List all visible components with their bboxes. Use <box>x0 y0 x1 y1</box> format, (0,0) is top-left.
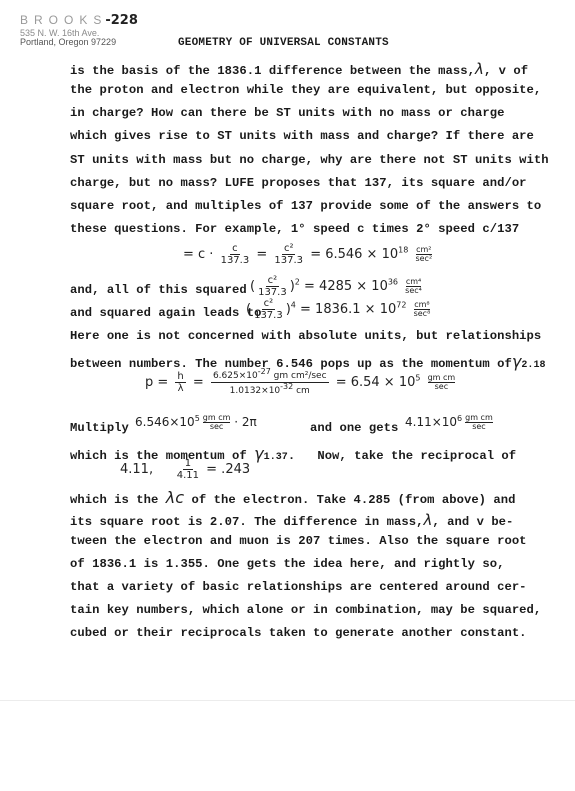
text-line: these questions. For example, 1° speed c… <box>70 222 519 236</box>
equation-squared-again: (c²137.3)4 = 1836.1 × 1072 cm⁸sec⁸ <box>246 298 430 321</box>
stamp-city: Portland, Oregon 97229 <box>20 38 138 47</box>
stamp-name: BROOKS <box>20 13 107 27</box>
gamma-symbol: γ <box>254 444 264 463</box>
text-line: square root, and multiples of 137 provid… <box>70 199 541 213</box>
letterhead-stamp: BROOKS-228 535 N. W. 16th Ave. Portland,… <box>20 12 138 48</box>
text-line: its square root is 2.07. The difference … <box>70 511 513 529</box>
text-line: which gives rise to ST units with mass a… <box>70 129 534 143</box>
lambda-symbol: λ <box>475 60 484 78</box>
text-line-squared-again: and squared again leads to <box>70 306 261 320</box>
gamma-symbol: γ <box>512 352 522 371</box>
scan-artifact-line <box>0 700 575 701</box>
text-line: Here one is not concerned with absolute … <box>70 329 541 343</box>
page-title: GEOMETRY OF UNIVERSAL CONSTANTS <box>178 37 389 49</box>
text-line-squared: and, all of this squared <box>70 283 247 297</box>
text-line: that a variety of basic relationships ar… <box>70 580 527 594</box>
equation-multiply: 6.546×105gm cmsec · 2π <box>135 414 257 431</box>
lambda-c-symbol: λc <box>166 488 184 507</box>
text-line: of 1836.1 is 1.355. One gets the idea he… <box>70 557 504 571</box>
text-line-multiply: Multiply <box>70 421 129 435</box>
equation-result: 4.11×106gm cmsec <box>405 414 493 431</box>
text-line: tain key numbers, which alone or in comb… <box>70 603 541 617</box>
equation-squared: (c²137.3)2 = 4285 × 1036 cm⁴sec⁴ <box>250 275 422 298</box>
text-line: is the basis of the 1836.1 difference be… <box>70 60 528 78</box>
equation-reciprocal: 4.11, 14.11 = .243 <box>120 458 250 481</box>
text-line: tween the electron and muon is 207 times… <box>70 534 527 548</box>
text-and-one-gets: and one gets <box>310 421 398 435</box>
equation-momentum: p = hλ = 6.625×10-27 gm cm²/sec 1.0132×1… <box>145 368 455 397</box>
text-line: in charge? How can there be ST units wit… <box>70 106 504 120</box>
text-line: charge, but no mass? LUFE proposes that … <box>70 176 527 190</box>
page-number: -228 <box>105 13 138 28</box>
text-line: the proton and electron while they are e… <box>70 83 541 97</box>
equation-speed-product: = c · c137.3 = c²137.3 = 6.546 × 1018 cm… <box>183 243 432 266</box>
text-line-lambda: which is the λc of the electron. Take 4.… <box>70 488 516 507</box>
text-line: ST units with mass but no charge, why ar… <box>70 153 549 167</box>
text-line: cubed or their reciprocals taken to gene… <box>70 626 527 640</box>
